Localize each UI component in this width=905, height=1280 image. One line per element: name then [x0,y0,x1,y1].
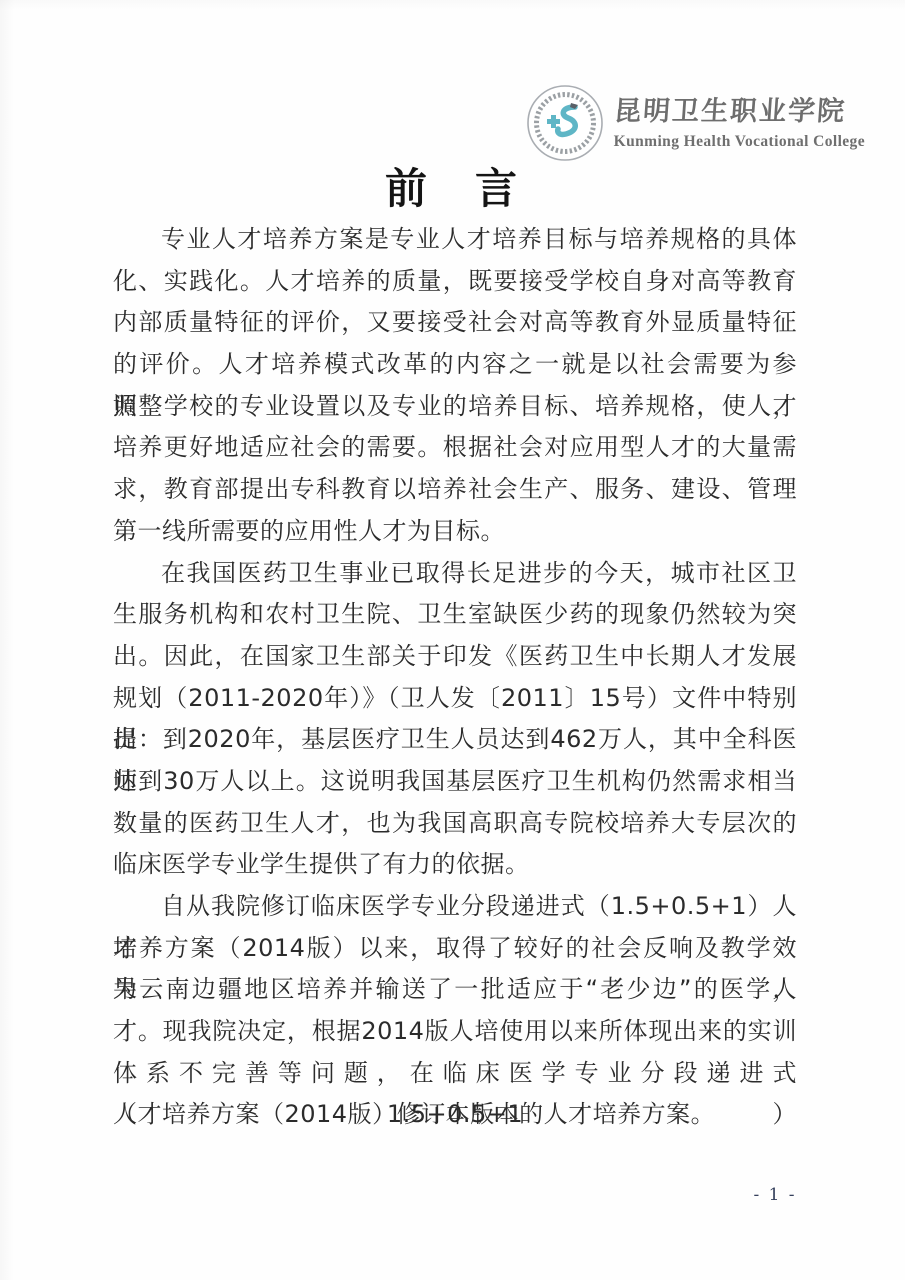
body-line: 规划（2011-2020年）》（卫人发〔2011〕15号）文件中特别提 [113,678,797,720]
body-line: 的评价。人才培养模式改革的内容之一就是以社会需要为参照， [113,344,797,386]
body-line: 调整学校的专业设置以及专业的培养目标、培养规格，使人才 [113,386,797,428]
page-title: 前 言 [0,156,905,216]
body-line: 培养方案（2014版）以来，取得了较好的社会反响及教学效果， [113,928,797,970]
body-line: 为云南边疆地区培养并输送了一批适应于“老少边”的医学人 [113,969,797,1011]
body-line: 生服务机构和农村卫生院、卫生室缺医少药的现象仍然较为突 [113,594,797,636]
body-line: 才。现我院决定，根据2014版人培使用以来所体现出来的实训 [113,1011,797,1053]
body-line: 培养更好地适应社会的需要。根据社会对应用型人才的大量需 [113,427,797,469]
body-line: 在我国医药卫生事业已取得长足进步的今天，城市社区卫 [113,553,797,595]
college-names: 昆明卫生职业学院 Kunming Health Vocational Colle… [614,96,865,151]
college-name-zh: 昆明卫生职业学院 [613,96,847,128]
body-line: 自从我院修订临床医学专业分段递进式（1.5+0.5+1）人才 [113,886,797,928]
body-line: 数量的医药卫生人才，也为我国高职高专院校培养大专层次的 [113,803,797,845]
body-line: 第一线所需要的应用性人才为目标。 [113,511,797,553]
document-body: 专业人才培养方案是专业人才培养目标与培养规格的具体 化、实践化。人才培养的质量，… [113,219,797,1136]
body-line: 达到30万人以上。这说明我国基层医疗卫生机构仍然需求相当 [113,761,797,803]
body-line: 人才培养方案（2014版）修订本版本的人才培养方案。 [113,1094,797,1136]
body-line: 临床医学专业学生提供了有力的依据。 [113,844,797,886]
college-seal-icon [526,84,604,162]
body-line: 内部质量特征的评价，又要接受社会对高等教育外显质量特征 [113,302,797,344]
document-page: 昆明卫生职业学院 Kunming Health Vocational Colle… [0,0,905,1280]
body-line: 出：到2020年，基层医疗卫生人员达到462万人，其中全科医师 [113,719,797,761]
body-line: 专业人才培养方案是专业人才培养目标与培养规格的具体 [113,219,797,261]
body-line: 出。因此，在国家卫生部关于印发《医药卫生中长期人才发展 [113,636,797,678]
body-line: 求，教育部提出专科教育以培养社会生产、服务、建设、管理 [113,469,797,511]
college-header: 昆明卫生职业学院 Kunming Health Vocational Colle… [526,84,865,162]
college-name-en: Kunming Health Vocational College [614,133,865,151]
body-line: 化、实践化。人才培养的质量，既要接受学校自身对高等教育 [113,261,797,303]
page-number: - 1 - [740,1185,810,1205]
body-line: 体系不完善等问题，在临床医学专业分段递进式（1.5+0.5+1） [113,1053,797,1095]
